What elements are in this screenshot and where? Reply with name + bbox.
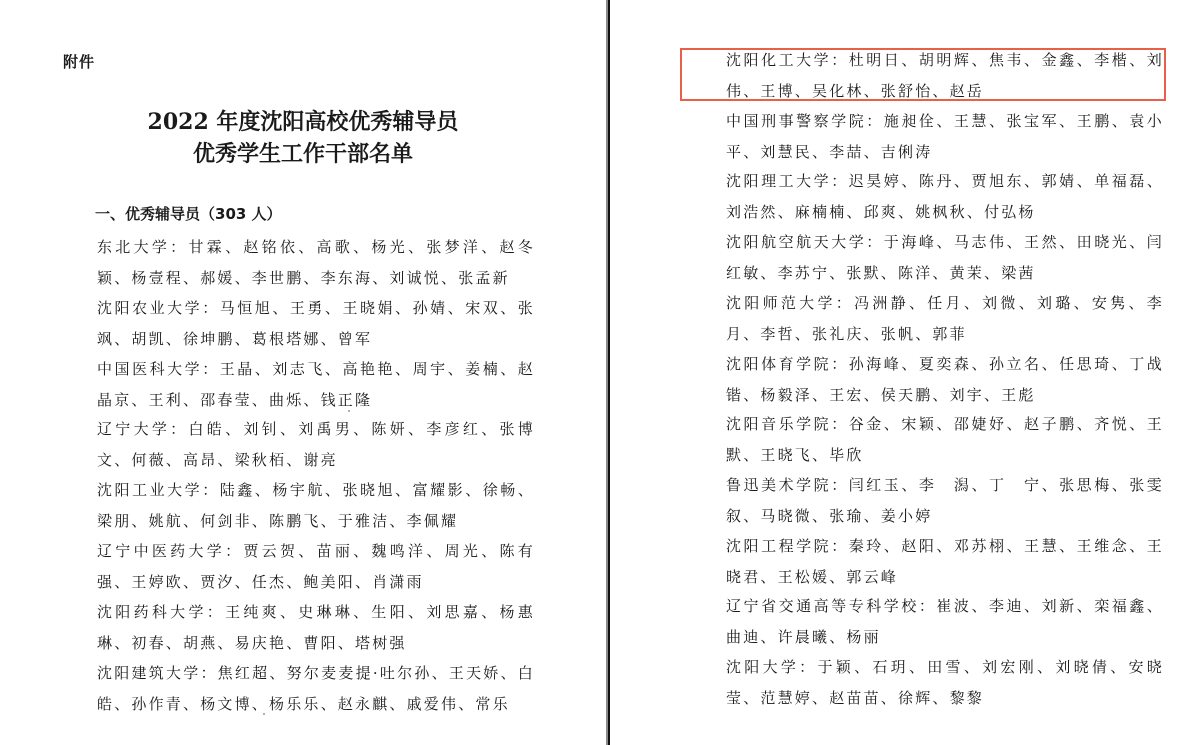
entry-text: 沈阳工业大学：陆鑫、杨宇航、张晓旭、富耀影、徐畅、梁朋、姚航、何剑非、陈鹏飞、于… (63, 475, 535, 537)
entry-text: 辽宁省交通高等专科学校：崔波、李迪、刘新、栾福鑫、曲迪、许晨曦、杨丽 (692, 591, 1164, 653)
school-entry-luxun: 鲁迅美术学院：闫红玉、李 潟、丁 宁、张思梅、张雯叙、马晓微、张瑜、姜小婷 (692, 470, 1164, 532)
school-entry-jianzhu: 沈阳建筑大学：焦红超、努尔麦麦提·吐尔孙、王天娇、白皓、孙作青、杨文博、杨乐乐、… (63, 658, 535, 720)
school-entry-zhongyiyao: 辽宁中医药大学：贾云贺、苗丽、魏鸣洋、周光、陈有强、王婷欧、贾汐、任杰、鲍美阳、… (63, 536, 535, 598)
document-title-line1: 2022 年度沈阳高校优秀辅导员 (0, 107, 606, 137)
entry-text: 东北大学：甘霖、赵铭依、高歌、杨光、张梦洋、赵冬颖、杨壹程、郝媛、李世鹏、李东海… (63, 232, 535, 294)
document-page-left: 附件 2022 年度沈阳高校优秀辅导员 优秀学生工作干部名单 一、优秀辅导员（3… (0, 0, 606, 745)
school-entry-gongye: 沈阳工业大学：陆鑫、杨宇航、张晓旭、富耀影、徐畅、梁朋、姚航、何剑非、陈鹏飞、于… (63, 475, 535, 537)
scan-speck (263, 713, 265, 715)
school-entry-xingjing: 中国刑事警察学院：施昶佺、王慧、张宝军、王鹏、袁小平、刘慧民、李喆、吉俐涛 (692, 106, 1164, 168)
school-entry-huagong: 沈阳化工大学：杜明日、胡明辉、焦韦、金鑫、李楷、刘伟、王博、吴化林、张舒怡、赵岳 (692, 45, 1164, 107)
entry-text: 沈阳音乐学院：谷金、宋颖、邵婕妤、赵子鹏、齐悦、王默、王晓飞、毕欣 (692, 409, 1164, 471)
entry-text: 辽宁大学：白皓、刘钊、刘禹男、陈妍、李彦红、张博文、何薇、高昂、梁秋栢、谢亮 (63, 414, 535, 476)
school-entry-dongbei: 东北大学：甘霖、赵铭依、高歌、杨光、张梦洋、赵冬颖、杨壹程、郝媛、李世鹏、李东海… (63, 232, 535, 294)
entry-text: 沈阳工程学院：秦玲、赵阳、邓苏栩、王慧、王维念、王晓君、王松媛、郭云峰 (692, 531, 1164, 593)
school-entry-yike: 中国医科大学：王晶、刘志飞、高艳艳、周宇、姜楠、赵晶京、王利、邵春莹、曲烁、钱正… (63, 354, 535, 416)
school-entry-hangkong: 沈阳航空航天大学：于海峰、马志伟、王然、田晓光、闫红敏、李苏宁、张默、陈洋、黄茉… (692, 227, 1164, 289)
school-entry-nongye: 沈阳农业大学：马恒旭、王勇、王晓娟、孙婧、宋双、张飒、胡凯、徐坤鹏、葛根塔娜、曾… (63, 293, 535, 355)
entry-text: 沈阳师范大学：冯洲静、任月、刘微、刘璐、安隽、李月、李哲、张礼庆、张帆、郭菲 (692, 288, 1164, 350)
school-entry-gongcheng: 沈阳工程学院：秦玲、赵阳、邓苏栩、王慧、王维念、王晓君、王松媛、郭云峰 (692, 531, 1164, 593)
entry-text: 沈阳理工大学：迟昊婷、陈丹、贾旭东、郭婧、单福磊、刘浩然、麻楠楠、邱爽、姚枫秋、… (692, 166, 1164, 228)
section-heading: 一、优秀辅导员（303 人） (95, 203, 282, 224)
school-entry-tiyu: 沈阳体育学院：孙海峰、夏奕森、孙立名、任思琦、丁战锴、杨毅泽、王宏、侯天鹏、刘宇… (692, 349, 1164, 411)
school-entry-shifan: 沈阳师范大学：冯洲静、任月、刘微、刘璐、安隽、李月、李哲、张礼庆、张帆、郭菲 (692, 288, 1164, 350)
attachment-label: 附件 (63, 51, 95, 72)
entry-text: 沈阳化工大学：杜明日、胡明辉、焦韦、金鑫、李楷、刘伟、王博、吴化林、张舒怡、赵岳 (692, 45, 1164, 107)
document-title-line2: 优秀学生工作干部名单 (0, 139, 606, 169)
entry-text: 沈阳农业大学：马恒旭、王勇、王晓娟、孙婧、宋双、张飒、胡凯、徐坤鹏、葛根塔娜、曾… (63, 293, 535, 355)
school-entry-liaoning: 辽宁大学：白皓、刘钊、刘禹男、陈妍、李彦红、张博文、何薇、高昂、梁秋栢、谢亮 (63, 414, 535, 476)
scan-speck (348, 410, 350, 412)
entry-text: 沈阳药科大学：王纯爽、史琳琳、生阳、刘思嘉、杨惠琳、初春、胡燕、易庆艳、曹阳、塔… (63, 597, 535, 659)
entry-text: 沈阳体育学院：孙海峰、夏奕森、孙立名、任思琦、丁战锴、杨毅泽、王宏、侯天鹏、刘宇… (692, 349, 1164, 411)
school-entry-ligong: 沈阳理工大学：迟昊婷、陈丹、贾旭东、郭婧、单福磊、刘浩然、麻楠楠、邱爽、姚枫秋、… (692, 166, 1164, 228)
entry-text: 辽宁中医药大学：贾云贺、苗丽、魏鸣洋、周光、陈有强、王婷欧、贾汐、任杰、鲍美阳、… (63, 536, 535, 598)
entry-text: 沈阳大学：于颖、石玥、田雪、刘宏刚、刘晓倩、安晓莹、范慧婷、赵苗苗、徐辉、黎黎 (692, 652, 1164, 714)
school-entry-yaoke: 沈阳药科大学：王纯爽、史琳琳、生阳、刘思嘉、杨惠琳、初春、胡燕、易庆艳、曹阳、塔… (63, 597, 535, 659)
entry-text: 沈阳航空航天大学：于海峰、马志伟、王然、田晓光、闫红敏、李苏宁、张默、陈洋、黄茉… (692, 227, 1164, 289)
entry-text: 中国医科大学：王晶、刘志飞、高艳艳、周宇、姜楠、赵晶京、王利、邵春莹、曲烁、钱正… (63, 354, 535, 416)
school-entry-jiaotong: 辽宁省交通高等专科学校：崔波、李迪、刘新、栾福鑫、曲迪、许晨曦、杨丽 (692, 591, 1164, 653)
school-entry-shenyang-daxue: 沈阳大学：于颖、石玥、田雪、刘宏刚、刘晓倩、安晓莹、范慧婷、赵苗苗、徐辉、黎黎 (692, 652, 1164, 714)
school-entry-yinyue: 沈阳音乐学院：谷金、宋颖、邵婕妤、赵子鹏、齐悦、王默、王晓飞、毕欣 (692, 409, 1164, 471)
entry-text: 沈阳建筑大学：焦红超、努尔麦麦提·吐尔孙、王天娇、白皓、孙作青、杨文博、杨乐乐、… (63, 658, 535, 720)
entry-text: 中国刑事警察学院：施昶佺、王慧、张宝军、王鹏、袁小平、刘慧民、李喆、吉俐涛 (692, 106, 1164, 168)
entry-text: 鲁迅美术学院：闫红玉、李 潟、丁 宁、张思梅、张雯叙、马晓微、张瑜、姜小婷 (692, 470, 1164, 532)
